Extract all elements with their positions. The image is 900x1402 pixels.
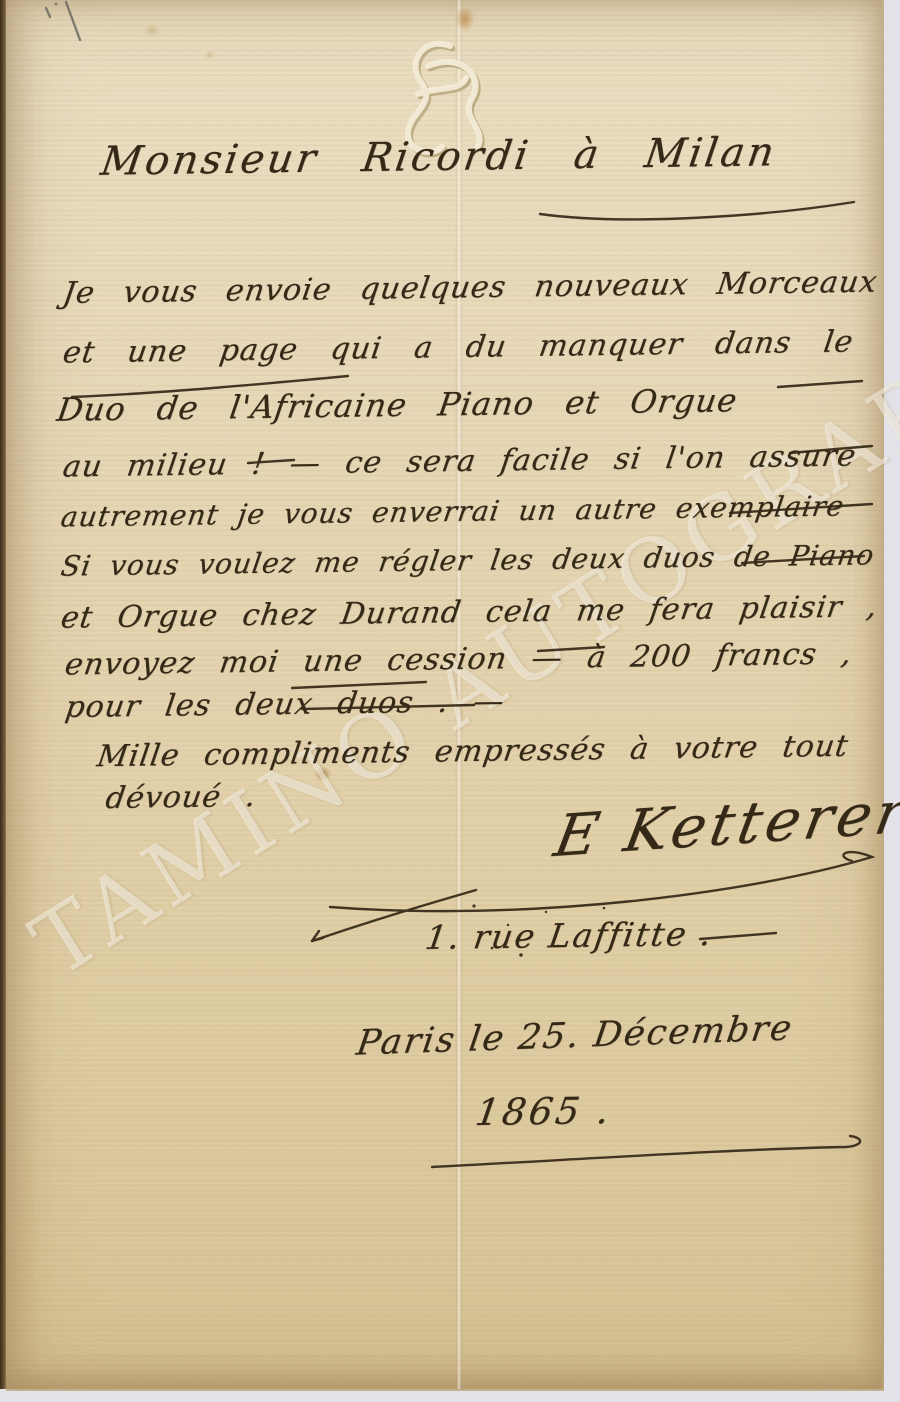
salutation-line: Monsieur Ricordi à Milan xyxy=(98,129,780,184)
ink-stain xyxy=(144,24,160,37)
body-line: autrement je vous enverrai un autre exem… xyxy=(59,490,847,534)
year-line: 1865 . xyxy=(473,1089,615,1134)
body-line: Duo de l'Africaine Piano et Orgue xyxy=(55,381,741,428)
closing-line: dévoué . xyxy=(103,779,258,816)
dateline: Paris le 25. Décembre xyxy=(354,1008,796,1063)
letter-scan: TAMINO AUTOGRAPHS Monsieur Ricordi à Mil… xyxy=(0,0,900,1402)
body-line: et Orgue chez Durand cela me fera plaisi… xyxy=(59,589,880,635)
pencil-mark xyxy=(36,0,96,50)
letter-paper: TAMINO AUTOGRAPHS Monsieur Ricordi à Mil… xyxy=(6,0,884,1391)
body-line: Je vous envoie quelques nouveaux Morceau… xyxy=(61,264,900,311)
body-line: Si vous voulez me régler les deux duos d… xyxy=(59,538,877,582)
body-line: au milieu ! — ce sera facile si l'on ass… xyxy=(61,438,859,484)
address-line: 1. rue Laffitte . xyxy=(423,914,716,957)
body-line: pour les deux duos . — xyxy=(63,684,507,725)
signature: E Ketterer xyxy=(549,778,900,870)
closing-line: Mille compliments empressés à votre tout xyxy=(95,729,851,774)
ink-stain xyxy=(204,50,215,60)
body-line: et une page qui a du manquer dans le xyxy=(61,324,856,370)
body-line: envoyez moi une cession — à 200 francs , xyxy=(63,637,855,683)
